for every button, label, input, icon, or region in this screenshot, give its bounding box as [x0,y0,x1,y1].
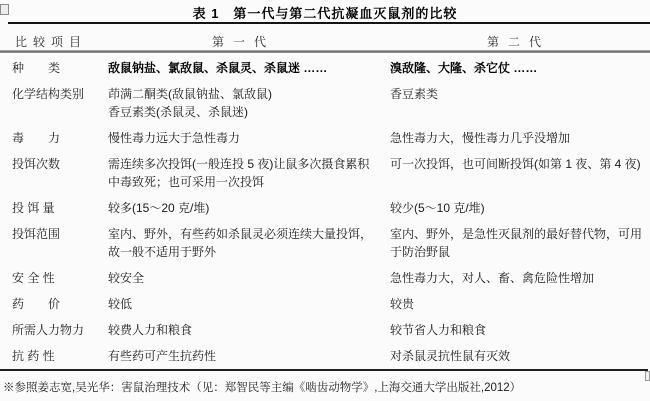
cell-gen1: 室内、野外，有些药如杀鼠灵必须连续大量投饵， 故一般不适用于野外 [108,225,390,261]
table-row-resistance: 抗 药 性 有些药可产生抗药性 对杀鼠灵抗性鼠有灭效 [0,347,650,365]
table-row-safety: 安 全 性 较安全 急性毒力大，对人、畜、禽危险性增加 [0,269,650,287]
table-title: 表 1 第一代与第二代抗凝血灭鼠剂的比较 [0,3,650,22]
row-label: 抗 药 性 [0,347,108,365]
cell-gen2: 急性毒力大，慢性毒力几乎没增加 [390,129,650,147]
cell-gen1: 茚满二酮类(敌鼠钠盐、氯敌鼠) 香豆素类(杀鼠灵、杀鼠迷) [108,85,390,121]
row-label: 毒 力 [0,129,108,147]
table-row-price: 药 价 较低 较贵 [0,295,650,313]
row-label: 所需人力物力 [0,321,108,339]
cell-gen2: 对杀鼠灵抗性鼠有灭效 [390,347,650,365]
row-label: 投饵范围 [0,225,108,261]
bottom-rule [0,369,648,371]
cell-gen2: 可一次投饵，也可间断投饵(如第 1 夜、第 4 夜) [390,155,650,191]
row-label: 投饵次数 [0,155,108,191]
cell-gen2: 较节省人力和粮食 [390,321,650,339]
row-label: 安 全 性 [0,269,108,287]
cell-gen2: 室内、野外，是急性灭鼠剂的最好替代物，可用 于防治野鼠 [390,225,650,261]
table-header-row: 比较项目 第一代 第二代 [0,33,650,50]
table-row-manpower: 所需人力物力 较费人力和粮食 较节省人力和粮食 [0,321,650,339]
footnote: ※参照姜志宽,吴光华：害鼠治理技术（见：郑智民等主编《啮齿动物学》,上海交通大学… [3,379,646,395]
row-label: 药 价 [0,295,108,313]
table-row-chemical-class: 化学结构类别 茚满二酮类(敌鼠钠盐、氯敌鼠) 香豆素类(杀鼠灵、杀鼠迷) 香豆素… [0,85,650,121]
column-header-gen2: 第二代 [390,33,650,50]
top-rule [8,22,650,24]
table-row-bait-range: 投饵范围 室内、野外，有些药如杀鼠灵必须连续大量投饵， 故一般不适用于野外 室内… [0,225,650,261]
column-header-item: 比较项目 [0,33,108,50]
table-row-baiting-times: 投饵次数 需连续多次投饵(一般连投 5 夜)让鼠多次摄食累积 中毒致死；也可采用… [0,155,650,191]
scanned-table-page: 表 1 第一代与第二代抗凝血灭鼠剂的比较 比较项目 第一代 第二代 种 类 敌鼠… [0,0,650,401]
cell-gen2: 急性毒力大，对人、畜、禽危险性增加 [390,269,650,287]
cell-gen1: 较多(15～20 克/堆) [108,199,390,217]
cell-gen1: 需连续多次投饵(一般连投 5 夜)让鼠多次摄食累积 中毒致死；也可采用一次投饵 [108,155,390,191]
table-body: 种 类 敌鼠钠盐、氯敌鼠、杀鼠灵、杀鼠迷 …… 溴敌隆、大隆、杀它仗 …… 化学… [0,53,650,373]
column-header-gen1: 第一代 [108,33,390,50]
cell-gen1: 较费人力和粮食 [108,321,390,339]
row-label: 种 类 [0,59,108,77]
table-row-toxicity: 毒 力 慢性毒力远大于急性毒力 急性毒力大，慢性毒力几乎没增加 [0,129,650,147]
cell-gen1: 有些药可产生抗药性 [108,347,390,365]
cell-gen2: 较贵 [390,295,650,313]
row-label: 化学结构类别 [0,85,108,121]
cell-gen1: 较安全 [108,269,390,287]
cell-gen1: 慢性毒力远大于急性毒力 [108,129,390,147]
cell-gen1: 较低 [108,295,390,313]
row-label: 投 饵 量 [0,199,108,217]
table-row-species: 种 类 敌鼠钠盐、氯敌鼠、杀鼠灵、杀鼠迷 …… 溴敌隆、大隆、杀它仗 …… [0,59,650,77]
cell-gen1: 敌鼠钠盐、氯敌鼠、杀鼠灵、杀鼠迷 …… [108,59,390,77]
cell-gen2: 香豆素类 [390,85,650,121]
table-row-bait-amount: 投 饵 量 较多(15～20 克/堆) 较少(5～10 克/堆) [0,199,650,217]
cell-gen2: 溴敌隆、大隆、杀它仗 …… [390,59,650,77]
cell-gen2: 较少(5～10 克/堆) [390,199,650,217]
